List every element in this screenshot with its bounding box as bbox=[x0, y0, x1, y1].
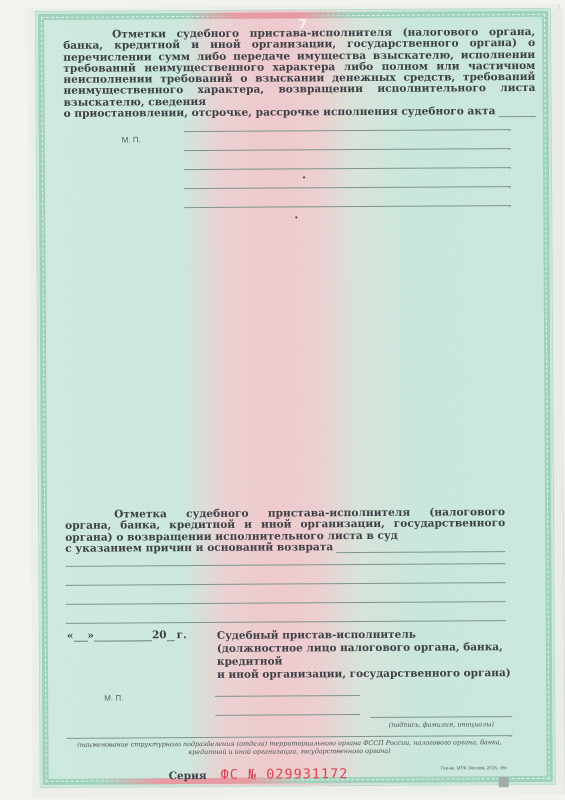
section-2-last-line-text: с указанием причин и оснований возврата bbox=[65, 542, 333, 555]
entry-line-3[interactable] bbox=[184, 167, 511, 170]
stamp-label-2: М. П. bbox=[104, 693, 123, 702]
stamp-label-1: М. П. bbox=[122, 135, 141, 144]
printer-info: Гознак, МТФ, Москва, 2016, «В» bbox=[441, 765, 508, 770]
section-2-last-line: с указанием причин и оснований возврата bbox=[65, 541, 505, 555]
section-1-last-line-text: о приостановлении, отсрочке, рассрочке и… bbox=[64, 106, 496, 120]
return-line-1[interactable] bbox=[65, 563, 505, 567]
entry-line-4[interactable] bbox=[184, 186, 511, 189]
signature-name-line[interactable] bbox=[370, 716, 512, 718]
return-line-4[interactable] bbox=[66, 620, 506, 624]
signer-title: Судебный пристав-исполнитель (должностно… bbox=[217, 628, 517, 682]
section-payment-marks: Отметки судебного пристава-исполнителя (… bbox=[63, 27, 536, 120]
signature-caption: (подпись, фамилия, инициалы) bbox=[370, 720, 512, 729]
signature-line-2[interactable] bbox=[215, 714, 360, 716]
security-mark-square bbox=[499, 777, 509, 787]
section-2-fill-line[interactable] bbox=[336, 542, 505, 553]
section-1-fill-line[interactable] bbox=[498, 107, 535, 117]
series-row: Серия ФС № 029931172 bbox=[169, 766, 349, 783]
section-1-last-line: о приостановлении, отсрочке, рассрочке и… bbox=[64, 106, 536, 120]
entry-line-5[interactable] bbox=[184, 205, 511, 208]
section-1-text: Отметки судебного пристава-исполнителя (… bbox=[63, 27, 535, 109]
day-blank[interactable] bbox=[73, 633, 87, 642]
year-blank[interactable] bbox=[167, 632, 175, 641]
ink-dot bbox=[303, 176, 305, 178]
document-page: 7 Отметки судебного пристава-исполнителя… bbox=[36, 9, 555, 787]
entry-line-1[interactable] bbox=[184, 129, 511, 132]
entry-line-2[interactable] bbox=[184, 148, 511, 151]
section-return-mark: Отметка судебного пристава-исполнителя (… bbox=[65, 507, 505, 555]
year-prefix: 20 bbox=[152, 629, 167, 641]
month-blank[interactable] bbox=[94, 632, 152, 641]
series-label: Серия bbox=[169, 770, 207, 782]
ink-dot bbox=[295, 216, 297, 218]
signer-line-3: и иной организации, государственного орг… bbox=[217, 667, 517, 682]
border-accent-top bbox=[186, 12, 350, 19]
department-caption: (наименование структурного подразделения… bbox=[66, 738, 512, 757]
series-number: ФС № 029931172 bbox=[221, 766, 349, 783]
signer-line-2: (должностное лицо налогового органа, бан… bbox=[217, 641, 517, 669]
return-line-2[interactable] bbox=[65, 582, 505, 586]
signature-line-1[interactable] bbox=[215, 695, 360, 697]
date-field: « » 20 г. bbox=[67, 629, 197, 642]
year-suffix: г. bbox=[177, 629, 187, 641]
section-2-text: Отметка судебного пристава-исполнителя (… bbox=[65, 507, 505, 544]
return-line-3[interactable] bbox=[66, 601, 506, 605]
